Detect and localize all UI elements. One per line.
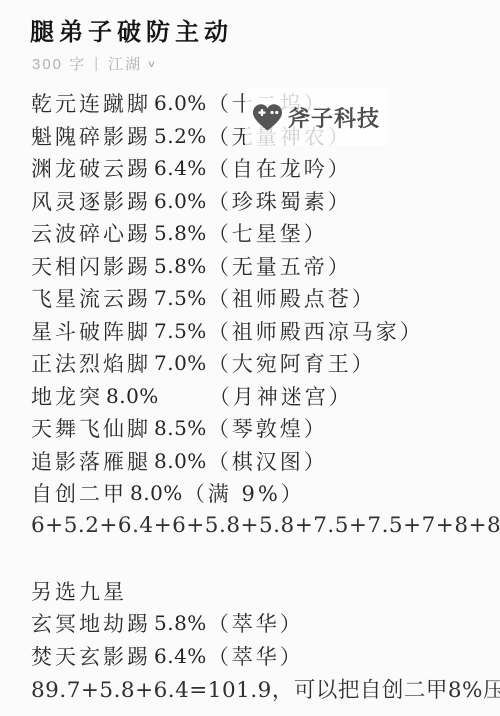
note-line: 玄冥地劫踢 5.8% （萃华） [31, 607, 492, 640]
note-line: 星斗破阵脚 7.5% （祖师殿西凉马家） [31, 315, 492, 348]
move-percent: 5.2% [154, 124, 207, 148]
note-line: 渊龙破云踢 6.4% （自在龙吟） [31, 152, 492, 185]
move-source: （棋汉图） [208, 446, 328, 476]
move-percent: 8.5% [154, 416, 207, 440]
chevron-down-icon: ∨ [147, 58, 158, 69]
move-name: 天舞飞仙脚 [31, 413, 151, 443]
note-body: 乾元连蹴脚 6.0% （十二坞） 魁隗碎影踢 5.2% （无量神农） 渊龙破云踢… [31, 87, 492, 705]
move-source: （月神迷宫） [209, 381, 353, 411]
move-name: 玄冥地劫踢 [31, 608, 151, 638]
note-line: 天相闪影踢 5.8% （无量五帝） [31, 250, 492, 283]
move-percent: 5.8% [154, 611, 207, 635]
move-name: 风灵逐影踢 [31, 186, 151, 216]
move-percent: 5.8% [154, 254, 207, 278]
note-line: 自创二甲 8.0% （满 9%） [31, 477, 492, 510]
move-percent: 6.4% [154, 644, 207, 668]
conclusion-formula-line: 89.7+5.8+6.4=101.9，可以把自创二甲8%压到6.1% [31, 672, 492, 705]
word-count: 300 字 [32, 53, 86, 74]
move-name: 天相闪影踢 [31, 251, 151, 281]
note-page: 腿弟子破防主动 300 字 | 江湖 ∨ 乾元连蹴脚 6.0% （十二坞） 魁隗… [0, 0, 500, 716]
move-source: （珍珠蜀素） [208, 186, 352, 216]
move-name: 正法烈焰脚 [31, 348, 151, 378]
category-dropdown[interactable]: 江湖 ∨ [108, 53, 158, 74]
note-line: 风灵逐影踢 6.0% （珍珠蜀素） [31, 185, 492, 218]
formula-text: 89.7+5.8+6.4=101.9，可以把自创二甲8%压到6.1% [31, 673, 500, 704]
move-source: （萃华） [208, 608, 304, 638]
move-percent: 6.0% [154, 189, 207, 213]
move-source: （七星堡） [208, 218, 328, 248]
note-line: 云波碎心踢 5.8% （七星堡） [31, 217, 492, 250]
move-name: 自创二甲 [31, 478, 127, 508]
move-percent: 8.0% [106, 384, 159, 408]
move-name: 焚天玄影踢 [31, 641, 151, 671]
category-label: 江湖 [108, 53, 142, 74]
move-name: 云波碎心踢 [31, 218, 151, 248]
move-name: 魁隗碎影踢 [31, 121, 151, 151]
move-source: （自在龙吟） [208, 153, 352, 183]
move-source: （无量五帝） [208, 251, 352, 281]
move-name: 星斗破阵脚 [31, 316, 151, 346]
note-line: 正法烈焰脚 7.0% （大宛阿育王） [31, 347, 492, 380]
move-percent: 8.0% [130, 481, 183, 505]
section-heading-line: 另选九星 [31, 575, 492, 608]
heart-gamepad-icon [252, 103, 283, 132]
note-line: 天舞飞仙脚 8.5% （琴敦煌） [31, 412, 492, 445]
move-name: 乾元连蹴脚 [31, 88, 151, 118]
move-name: 追影落雁腿 [31, 446, 151, 476]
note-line: 飞星流云踢 7.5% （祖师殿点苍） [31, 282, 492, 315]
move-percent: 6.4% [154, 156, 207, 180]
move-source: （祖师殿西凉马家） [208, 316, 424, 346]
note-meta: 300 字 | 江湖 ∨ [32, 53, 158, 74]
note-line: 焚天玄影踢 6.4% （萃华） [31, 640, 492, 673]
move-source: （萃华） [208, 641, 304, 671]
move-name: 飞星流云踢 [31, 283, 151, 313]
move-percent: 7.0% [154, 351, 207, 375]
formula-text: 6+5.2+6.4+6+5.8+5.8+7.5+7.5+7+8+8.5+8+8=… [31, 513, 500, 538]
move-source: （祖师殿点苍） [208, 283, 376, 313]
note-line: 追影落雁腿 8.0% （棋汉图） [31, 445, 492, 478]
watermark: 斧子科技 [245, 88, 388, 146]
note-line: 地龙突 8.0% （月神迷宫） [31, 380, 492, 413]
section-heading: 另选九星 [31, 576, 127, 606]
move-name: 地龙突 [31, 381, 103, 411]
note-title: 腿弟子破防主动 [30, 12, 233, 47]
move-percent: 6.0% [154, 91, 207, 115]
move-name: 渊龙破云踢 [31, 153, 151, 183]
move-source: （满 9%） [184, 478, 305, 508]
move-source: （琴敦煌） [208, 413, 328, 443]
move-source: （大宛阿育王） [208, 348, 376, 378]
move-percent: 7.5% [154, 319, 207, 343]
sum-formula-line: 6+5.2+6.4+6+5.8+5.8+7.5+7.5+7+8+8.5+8+8=… [31, 510, 492, 543]
move-percent: 7.5% [154, 286, 207, 310]
blank-line [31, 542, 492, 575]
watermark-brand: 斧子科技 [288, 102, 380, 133]
move-percent: 5.8% [154, 221, 207, 245]
move-percent: 8.0% [154, 449, 207, 473]
meta-separator: | [94, 55, 100, 72]
